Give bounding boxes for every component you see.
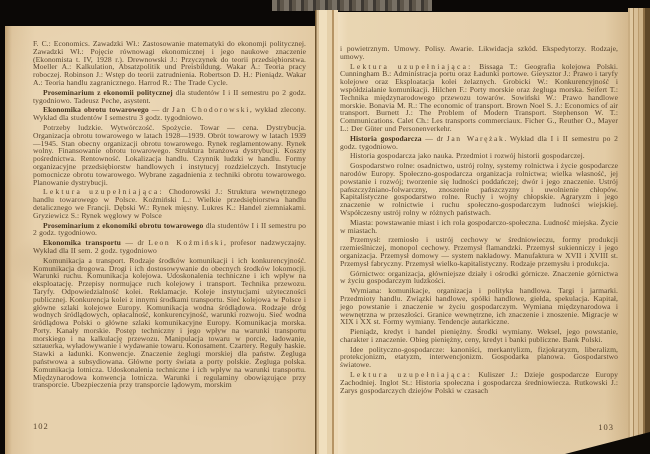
body-text: Komunikacja a transport. Rodzaje środków… [33, 256, 306, 390]
body-text: Gospodarstwo rolne: osadnictwo, ustrój r… [340, 161, 618, 217]
page-number: 102 [33, 421, 49, 431]
page-102-text-column: F. C.: Economics. Zawadzki Wł.: Zastosow… [33, 40, 306, 391]
body-text: Miasta: powstawanie miast i ich rola gos… [340, 218, 618, 235]
book-scan: F. C.: Economics. Zawadzki Wł.: Zastosow… [0, 0, 650, 454]
body-text: Przemysł: rzemiosło i ustrój cechowy w ś… [340, 235, 618, 267]
historia-idee: Idee polityczno-gospodarcze: kanoniści, … [340, 346, 618, 369]
historia-miasta: Miasta: powstawanie miast i ich rola gos… [340, 219, 618, 235]
proseminarium-ekonomika-obrotu: Proseminarium z ekonomiki obrotu towarow… [33, 222, 306, 238]
historia-gornictwo: Górnictwo: organizacja, główniejsze dzia… [340, 270, 618, 286]
course-ekonomika-obrotu-towarowego: Ekonomika obrotu towarowego — dr Jan Cho… [33, 106, 306, 122]
historia-przemysl: Przemysł: rzemiosło i ustrój cechowy w ś… [340, 236, 618, 267]
historia-wymiana: Wymiana: komunikacje, organizacja i poli… [340, 287, 618, 326]
course-description-obrot: Potrzeby ludzkie. Wytwórczość. Spożycie.… [33, 124, 306, 186]
proseminarium-ekonomia-polityczna: Proseminarium z ekonomii politycznej dla… [33, 89, 306, 105]
book-page-right: i powietrznym. Umowy. Polisy. Awarie. Li… [338, 12, 628, 454]
gutter-fold [315, 10, 338, 454]
body-text: Wymiana: komunikacje, organizacja i poli… [340, 286, 618, 326]
body-text: Potrzeby ludzkie. Wytwórczość. Spożycie.… [33, 123, 306, 187]
page-edges-right [628, 8, 650, 454]
body-text: Pieniądz, kredyt i handel pieniężny. Śro… [340, 327, 618, 344]
body-text: Idee polityczno-gospodarcze: kanoniści, … [340, 345, 618, 370]
lecturer-name: Jan Warężak [447, 134, 505, 143]
body-text: Bissaga T.: Geografia kolejowa Polski. C… [340, 62, 618, 133]
transport-continuation: i powietrznym. Umowy. Polisy. Awarie. Li… [340, 45, 618, 61]
body-text: — dr [422, 134, 447, 143]
course-ekonomika-transportu: Ekonomika transportu — dr Leon Koźmiński… [33, 239, 306, 255]
lektura-uzupelniajaca-transport: Lektura uzupełniająca: Bissaga T.: Geogr… [340, 63, 618, 133]
body-text: F. C.: Economics. Zawadzki Wł.: Zastosow… [33, 39, 306, 87]
lektura-uzupelniajaca-historia: Lektura uzupełniająca: Kuliszer J.: Dzie… [340, 371, 618, 394]
body-text: Górnictwo: organizacja, główniejsze dzia… [340, 269, 618, 286]
book-page-left: F. C.: Economics. Zawadzki Wł.: Zastosow… [5, 26, 315, 454]
lektura-uzupelniajaca-obrot: Lektura uzupełniająca: Chodorowski J.: S… [33, 188, 306, 219]
historia-intro: Historia gospodarcza jako nauka. Przedmi… [340, 152, 618, 160]
page-number: 103 [598, 422, 614, 432]
course-historia-gospodarcza: Historia gospodarcza — dr Jan Warężak. W… [340, 135, 618, 151]
body-text: i powietrznym. Umowy. Polisy. Awarie. Li… [340, 44, 618, 61]
spine-stitching [272, 0, 432, 11]
historia-pieniadz: Pieniądz, kredyt i handel pieniężny. Śro… [340, 328, 618, 344]
historia-gospodarstwo-rolne: Gospodarstwo rolne: osadnictwo, ustrój r… [340, 162, 618, 217]
page-103-text-column: i powietrznym. Umowy. Polisy. Awarie. Li… [340, 45, 618, 396]
body-text: Historia gospodarcza jako nauka. Przedmi… [350, 151, 585, 160]
lecturer-name: Leon Koźmiński [148, 238, 224, 247]
course-description-transport: Komunikacja a transport. Rodzaje środków… [33, 257, 306, 390]
bibliography-continuation: F. C.: Economics. Zawadzki Wł.: Zastosow… [33, 40, 306, 87]
